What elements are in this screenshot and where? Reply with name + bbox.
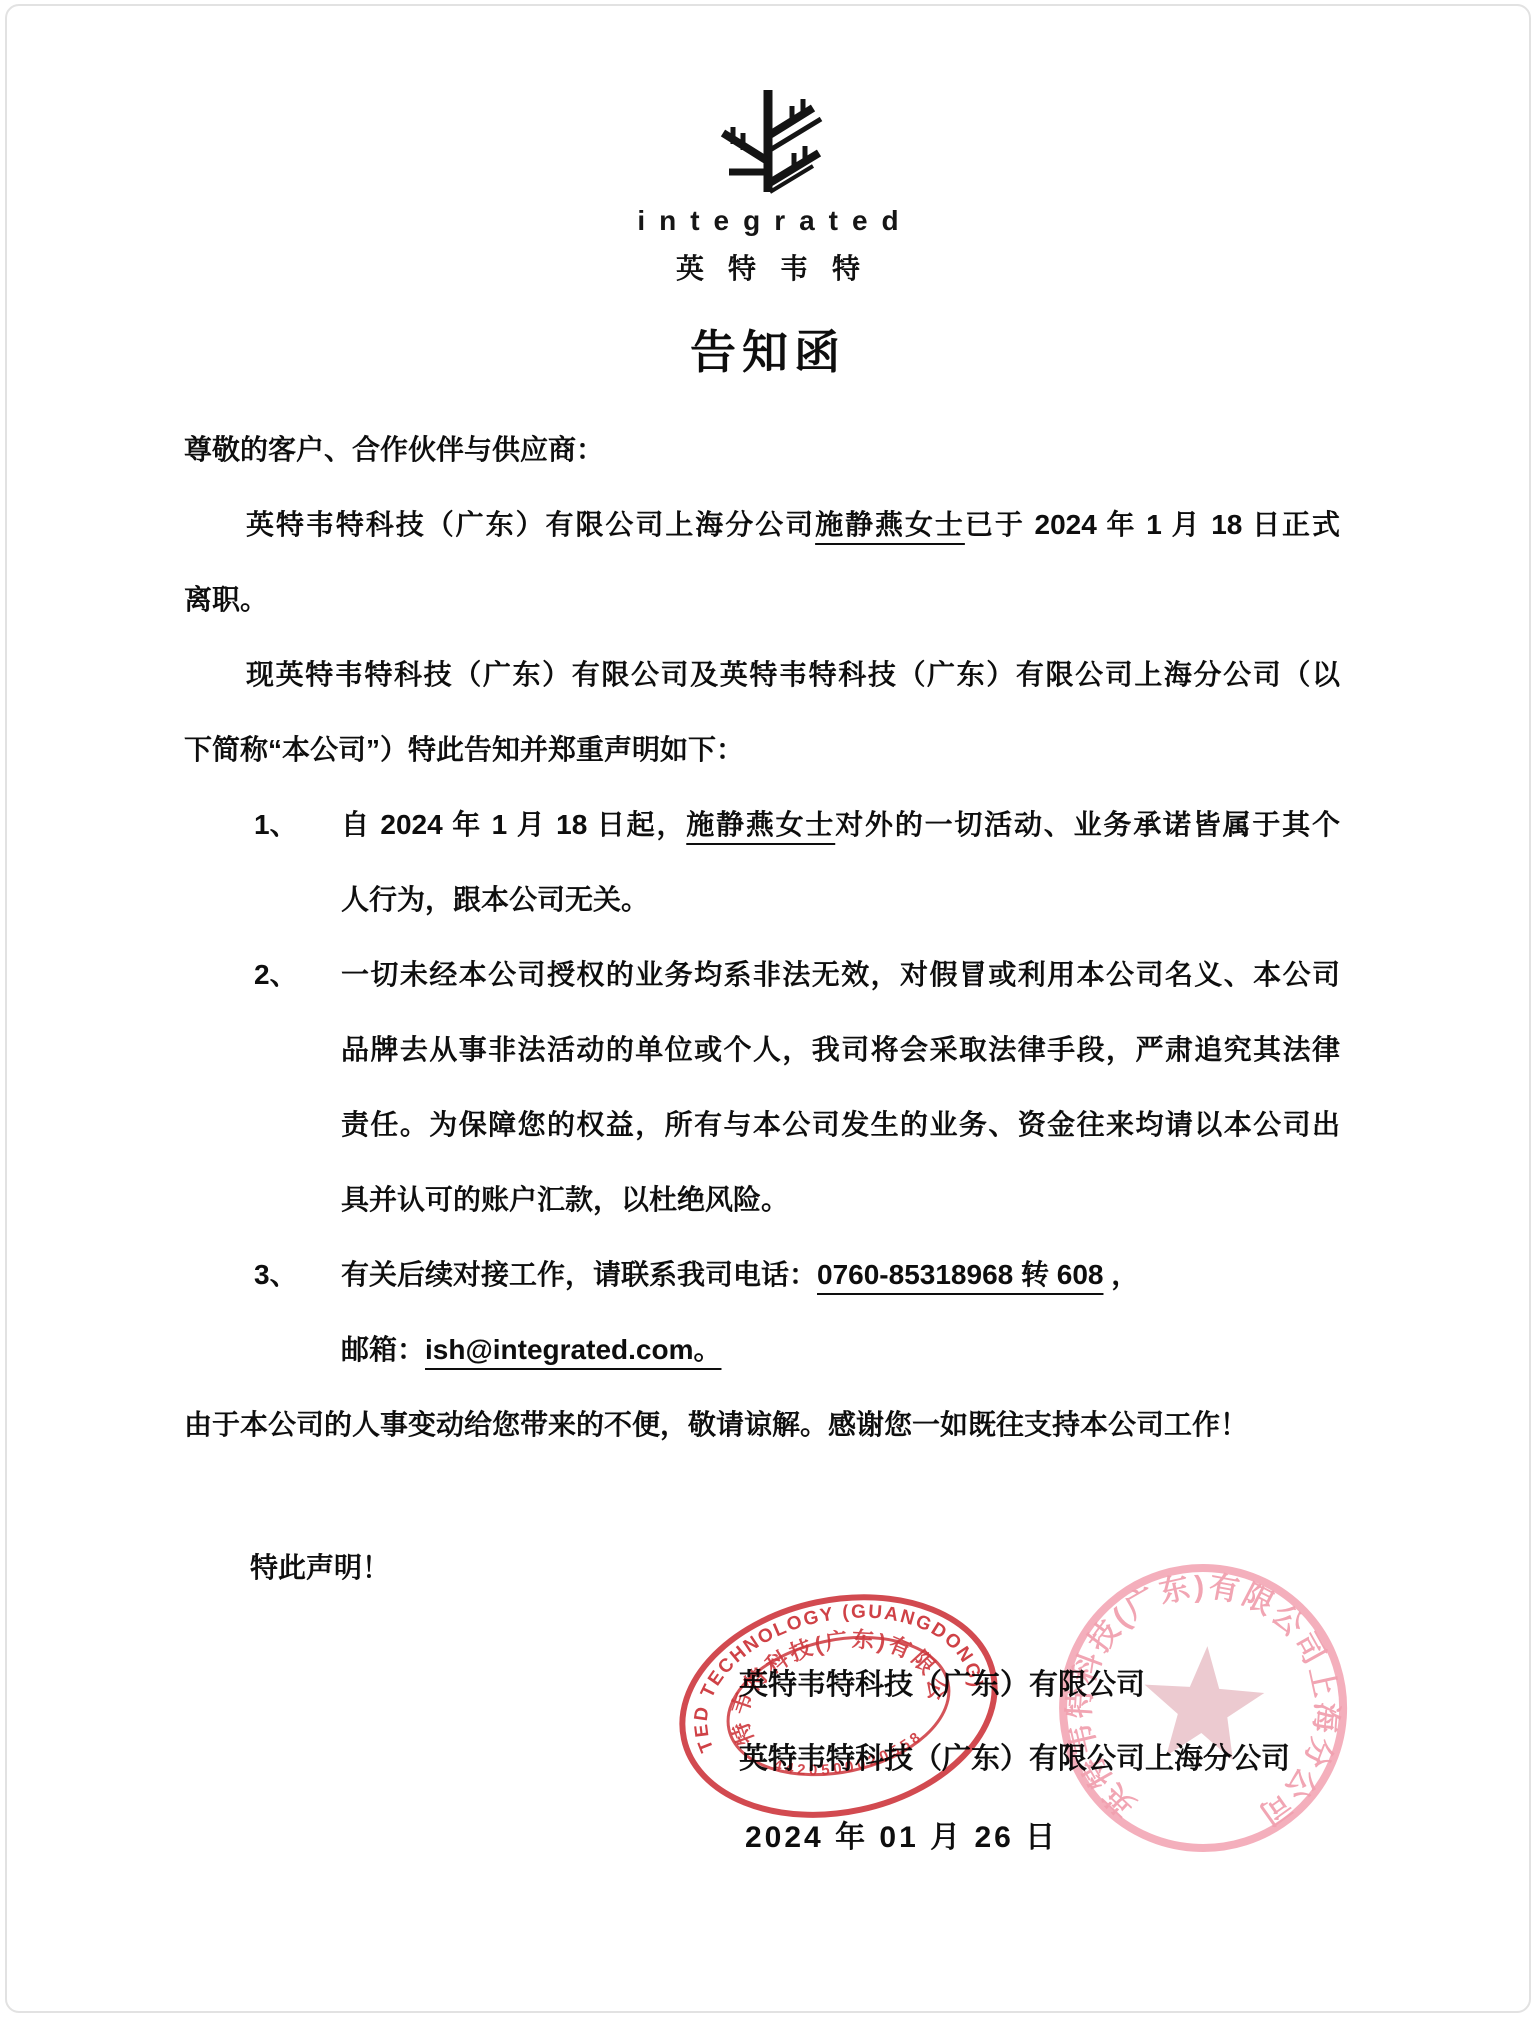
body-lines: 尊敬的客户、合作伙伴与供应商：英特韦特科技（广东）有限公司上海分公司施静燕女士已… [184, 412, 1340, 1462]
body-line: 尊敬的客户、合作伙伴与供应商： [184, 412, 1340, 487]
brand-name-en: integrated [0, 205, 1536, 237]
scanned-letter-page: { "page": { "background": "#ffffff", "bo… [0, 0, 1536, 2023]
text-segment: 下简称“本公司”）特此告知并郑重声明如下： [184, 734, 744, 765]
underlined-text: 施静燕女士 [815, 509, 965, 540]
underlined-text: ish@integrated.com。 [425, 1334, 721, 1365]
text-segment: 自 2024 年 1 月 18 日起， [341, 809, 686, 840]
text-segment: 英特韦特科技（广东）有限公司上海分公司 [246, 509, 815, 540]
body-line: 下简称“本公司”）特此告知并郑重声明如下： [184, 712, 1340, 787]
text-segment: 对外的一切活动、业务承诺皆属于其个 [835, 809, 1340, 840]
document-title: 告知函 [0, 316, 1536, 382]
svg-text:英特韦特科技(广东)有限公司: 英特韦特科技(广东)有限公司 [645, 1555, 954, 1764]
seal-serial-number: 4420500020558 [769, 1725, 931, 1791]
body-line: 品牌去从事非法活动的单位或个人，我司将会采取法律手段，严肃追究其法律 [184, 1012, 1340, 1087]
svg-text:4420500020558: 4420500020558 [769, 1725, 931, 1791]
body-line: 具并认可的账户汇款，以杜绝风险。 [184, 1162, 1340, 1237]
text-segment: 邮箱： [341, 1334, 425, 1365]
text-segment: 现英特韦特科技（广东）有限公司及英特韦特科技（广东）有限公司上海分公司（以 [246, 659, 1340, 690]
body-line: 英特韦特科技（广东）有限公司上海分公司施静燕女士已于 2024 年 1 月 18… [184, 487, 1340, 562]
body-line: 现英特韦特科技（广东）有限公司及英特韦特科技（广东）有限公司上海分公司（以 [184, 637, 1340, 712]
tree-branch-icon [709, 88, 827, 199]
text-segment: 具并认可的账户汇款，以杜绝风险。 [341, 1184, 789, 1215]
body-line: 邮箱：ish@integrated.com。 [184, 1312, 1340, 1387]
seal-arc-text-cn: 英特韦特科技(广东)有限公司 [645, 1555, 954, 1764]
text-segment: 有关后续对接工作，请联系我司电话： [341, 1259, 817, 1290]
underlined-text: 0760-85318968 转 608 [817, 1259, 1103, 1290]
text-segment: 离职。 [184, 584, 268, 615]
body-line: 离职。 [184, 562, 1340, 637]
body-line: 责任。为保障您的权益，所有与本公司发生的业务、资金往来均请以本公司出 [184, 1087, 1340, 1162]
text-segment: 品牌去从事非法活动的单位或个人，我司将会采取法律手段，严肃追究其法律 [341, 1034, 1340, 1065]
logo-block: integrated 英特韦特 [0, 88, 1536, 287]
text-segment: 一切未经本公司授权的业务均系非法无效，对假冒或利用本公司名义、本公司 [341, 959, 1340, 990]
body-line: 由于本公司的人事变动给您带来的不便，敬请谅解。感谢您一如既往支持本公司工作！ [184, 1387, 1340, 1462]
shanghai-branch-seal: 英特韦特科技(广东)有限公司上海分公司 [1042, 1546, 1365, 1873]
body-line: 2、一切未经本公司授权的业务均系非法无效，对假冒或利用本公司名义、本公司 [184, 937, 1340, 1012]
brand-name-cn: 英特韦特 [0, 247, 1536, 287]
body-line: 3、有关后续对接工作，请联系我司电话：0760-85318968 转 608 ， [184, 1237, 1340, 1312]
underlined-text: 施静燕女士 [686, 809, 835, 840]
text-segment: 责任。为保障您的权益，所有与本公司发生的业务、资金往来均请以本公司出 [341, 1109, 1340, 1140]
list-number: 2、 [254, 937, 298, 1012]
list-number: 3、 [254, 1237, 298, 1312]
text-segment: 人行为，跟本公司无关。 [341, 884, 649, 915]
text-segment: 尊敬的客户、合作伙伴与供应商： [184, 434, 604, 465]
list-number: 1、 [254, 787, 298, 862]
text-segment: ， [1103, 1259, 1139, 1290]
text-segment: 由于本公司的人事变动给您带来的不便，敬请谅解。感谢您一如既往支持本公司工作！ [184, 1409, 1248, 1440]
body-line: 1、自 2024 年 1 月 18 日起，施静燕女士对外的一切活动、业务承诺皆属… [184, 787, 1340, 862]
declaration-line: 特此声明！ [250, 1546, 390, 1586]
text-segment: 已于 2024 年 1 月 18 日正式 [965, 509, 1340, 540]
body-line: 人行为，跟本公司无关。 [184, 862, 1340, 937]
star-icon [1140, 1642, 1268, 1762]
